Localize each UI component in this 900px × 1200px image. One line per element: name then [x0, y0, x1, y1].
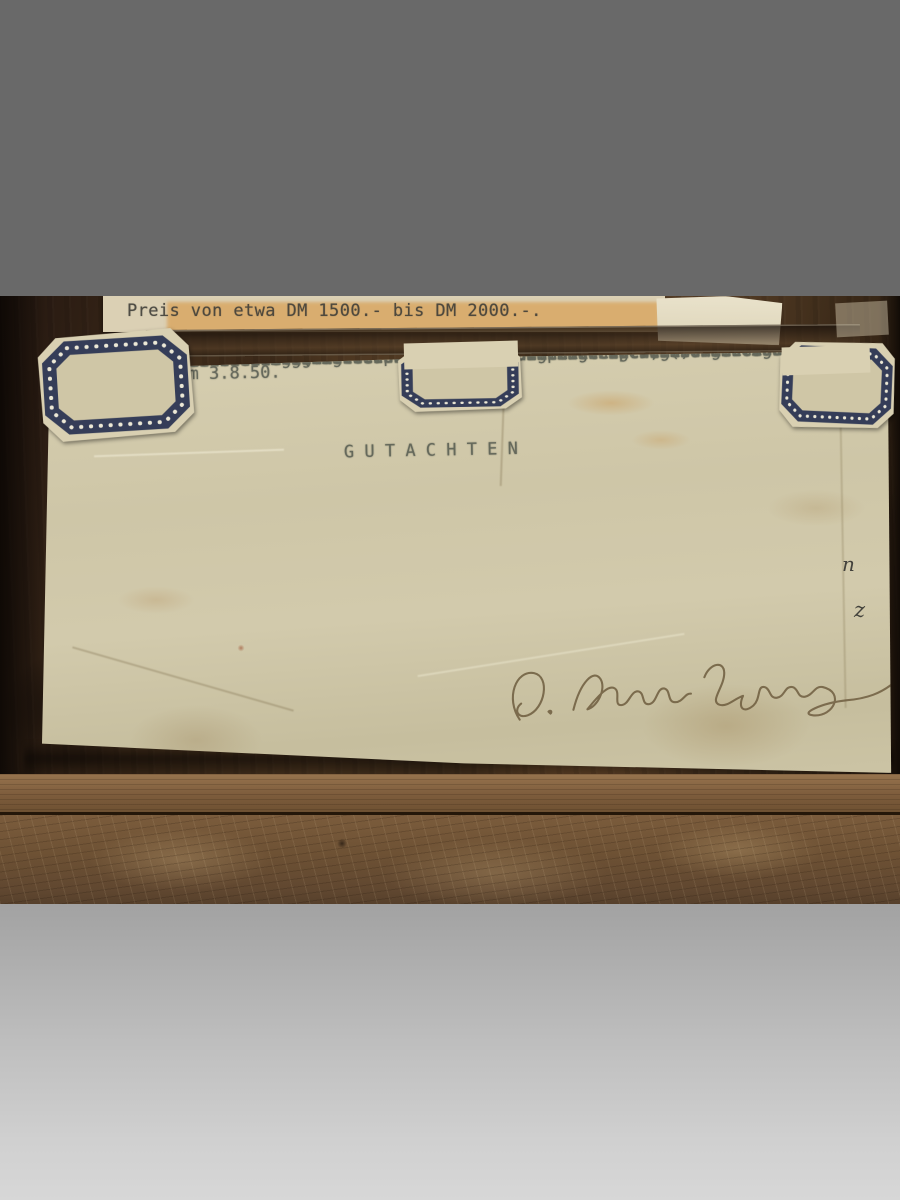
photo-corner-clip-left [35, 325, 197, 444]
price-text: Preis von etwa DM 1500.- bis DM 2000.-. [127, 299, 542, 325]
clip-paper-flap [404, 341, 519, 370]
gray-backdrop-bottom [0, 904, 900, 1200]
signature-handwriting: Dr. Albert Giesecke [491, 646, 900, 744]
tape-end-piece [835, 301, 889, 338]
handwritten-correction-z: z [854, 598, 865, 622]
signature-ink-stroke [491, 646, 900, 744]
certificate-title: G U T A C H T E N [344, 441, 518, 462]
handwritten-correction-n: n [842, 552, 855, 576]
clip-ornament [35, 325, 197, 444]
plank-grain-texture [0, 774, 900, 812]
photograph-of-painting-back: Preis von etwa DM 1500.- bis DM 2000.-. … [0, 0, 900, 1200]
plank-scratch-texture [0, 815, 900, 904]
clip-paper-flap [782, 344, 871, 375]
gray-backdrop-top [0, 0, 900, 296]
photo-area: Preis von etwa DM 1500.- bis DM 2000.-. … [0, 296, 900, 904]
